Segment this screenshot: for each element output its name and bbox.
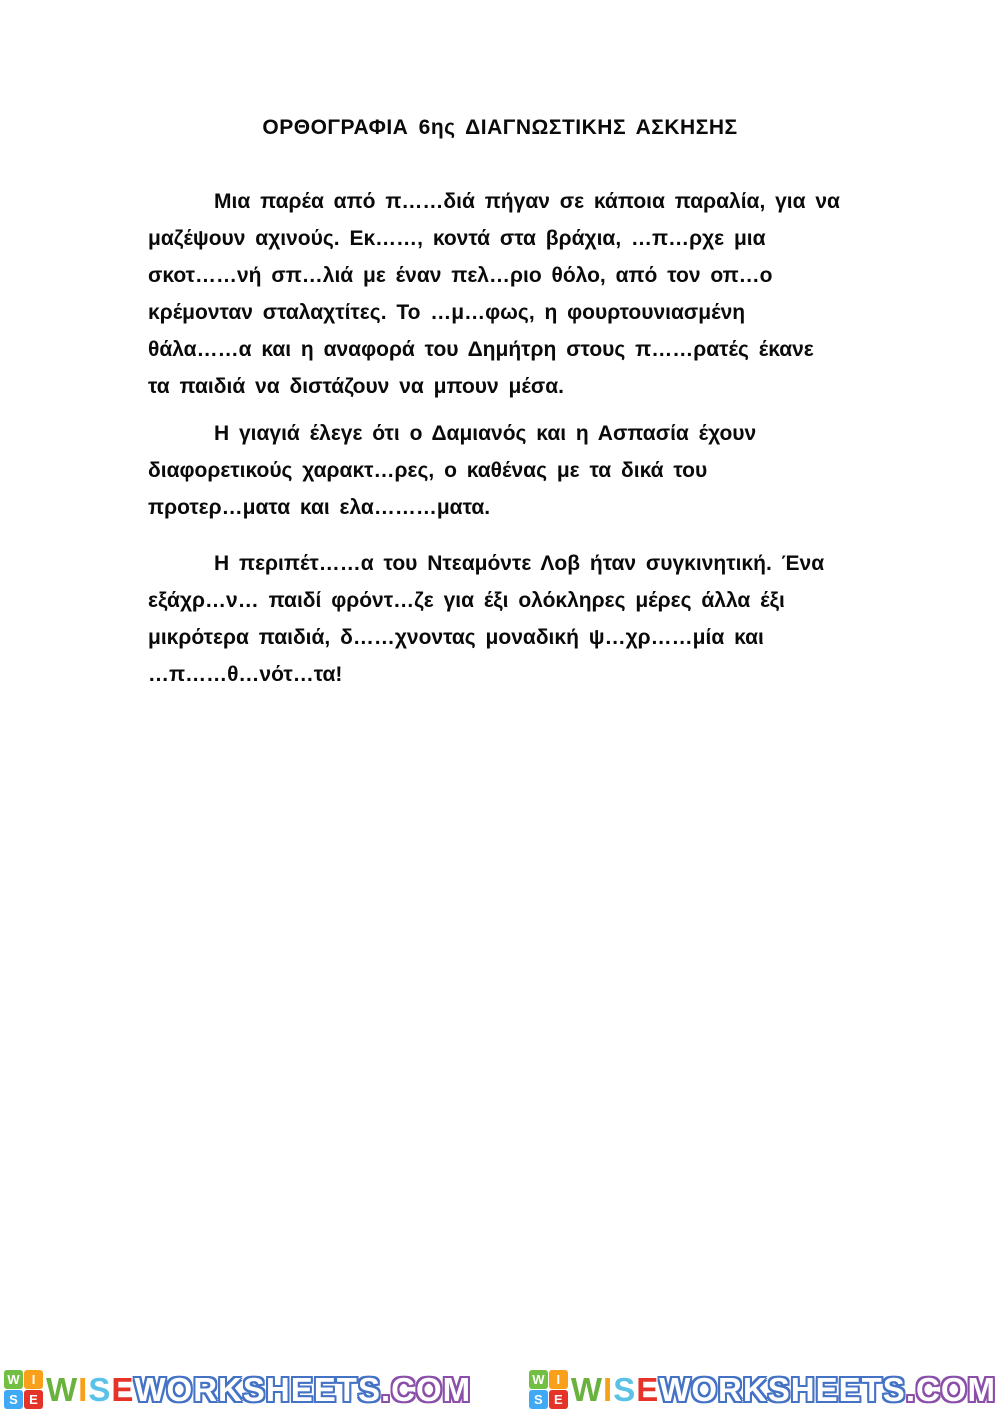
logo-letter: M bbox=[968, 1373, 997, 1406]
logo-letter: E bbox=[111, 1373, 134, 1406]
logo-letter: W bbox=[571, 1373, 603, 1406]
logo-text: WISEWORKSHEETS.COM bbox=[46, 1373, 471, 1406]
logo-letter: W bbox=[659, 1373, 691, 1406]
logo-letter: R bbox=[718, 1373, 743, 1406]
logo-letter: I bbox=[603, 1373, 613, 1406]
logo-letter: K bbox=[743, 1373, 768, 1406]
logo-letter: M bbox=[443, 1373, 472, 1406]
logo-letter: E bbox=[816, 1373, 839, 1406]
logo-letter: C bbox=[391, 1373, 416, 1406]
wise-tiles-icon: WISE bbox=[529, 1370, 568, 1409]
logo-letter: W bbox=[134, 1373, 166, 1406]
logo-tile: S bbox=[4, 1390, 23, 1409]
logo-letter: . bbox=[381, 1373, 391, 1406]
logo-letter: S bbox=[613, 1373, 636, 1406]
logo-letter: S bbox=[88, 1373, 111, 1406]
logo-letter: H bbox=[791, 1373, 816, 1406]
wiseworksheets-logo: WISE WISEWORKSHEETS.COM bbox=[4, 1370, 471, 1409]
logo-tile: W bbox=[4, 1370, 23, 1389]
logo-letter: W bbox=[46, 1373, 78, 1406]
logo-tile: W bbox=[529, 1370, 548, 1389]
logo-text: WISEWORKSHEETS.COM bbox=[571, 1373, 996, 1406]
logo-letter: C bbox=[916, 1373, 941, 1406]
logo-tile: I bbox=[24, 1370, 43, 1389]
footer: WISE WISEWORKSHEETS.COM WISE WISEWORKSHE… bbox=[0, 1366, 1000, 1412]
logo-letter: S bbox=[243, 1373, 266, 1406]
logo-letter: E bbox=[314, 1373, 337, 1406]
logo-letter: I bbox=[78, 1373, 88, 1406]
logo-letter: T bbox=[862, 1373, 883, 1406]
logo-tile: I bbox=[549, 1370, 568, 1389]
logo-letter: E bbox=[636, 1373, 659, 1406]
logo-letter: S bbox=[358, 1373, 381, 1406]
logo-letter: H bbox=[266, 1373, 291, 1406]
logo-letter: T bbox=[337, 1373, 358, 1406]
logo-letter: S bbox=[883, 1373, 906, 1406]
logo-letter: O bbox=[416, 1373, 443, 1406]
logo-tile: E bbox=[549, 1390, 568, 1409]
logo-tile: E bbox=[24, 1390, 43, 1409]
logo-letter: E bbox=[291, 1373, 314, 1406]
logo-letter: O bbox=[691, 1373, 718, 1406]
logo-letter: O bbox=[941, 1373, 968, 1406]
logo-tile: S bbox=[529, 1390, 548, 1409]
worksheet-page: ΟΡΘΟΓΡΑΦΙΑ 6ης ΔΙΑΓΝΩΣΤΙΚΗΣ ΑΣΚΗΣΗΣ Μια … bbox=[0, 0, 1000, 1413]
logo-letter: . bbox=[906, 1373, 916, 1406]
logo-letter: K bbox=[218, 1373, 243, 1406]
paragraph-grandmother-story: Η γιαγιά έλεγε ότι ο Δαμιανός και η Ασπα… bbox=[148, 415, 872, 526]
wiseworksheets-logo: WISE WISEWORKSHEETS.COM bbox=[529, 1370, 996, 1409]
wise-tiles-icon: WISE bbox=[4, 1370, 43, 1409]
logo-letter: S bbox=[768, 1373, 791, 1406]
logo-letter: O bbox=[167, 1373, 194, 1406]
paragraph-deamonte-story: Η περιπέτ……α του Ντεαμόντε Λοβ ήταν συγκ… bbox=[148, 545, 872, 693]
page-title: ΟΡΘΟΓΡΑΦΙΑ 6ης ΔΙΑΓΝΩΣΤΙΚΗΣ ΑΣΚΗΣΗΣ bbox=[0, 116, 1000, 140]
logo-letter: E bbox=[839, 1373, 862, 1406]
worksheet-body: Μια παρέα από π……διά πήγαν σε κάποια παρ… bbox=[148, 183, 872, 693]
paragraph-beach-story: Μια παρέα από π……διά πήγαν σε κάποια παρ… bbox=[148, 183, 872, 405]
logo-letter: R bbox=[193, 1373, 218, 1406]
